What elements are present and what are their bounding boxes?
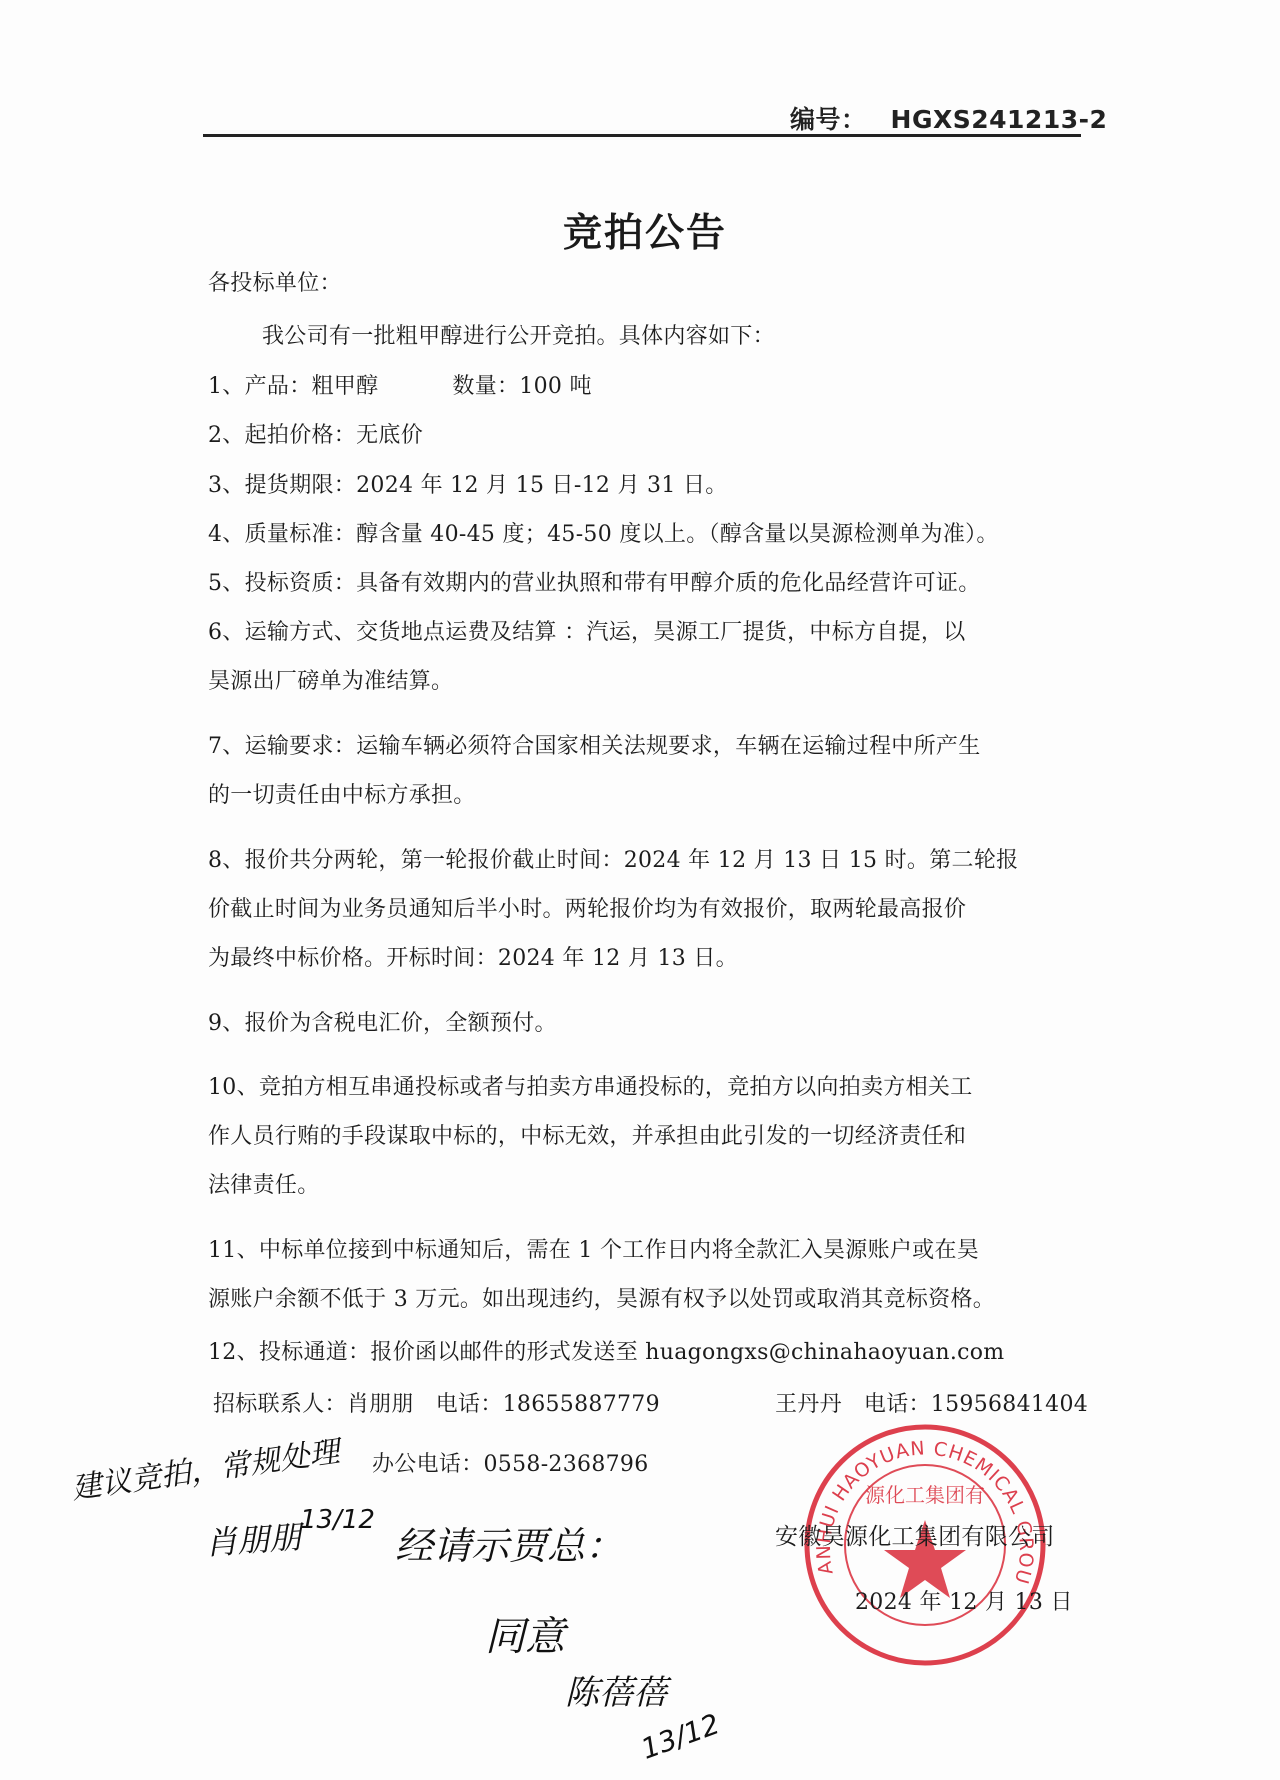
handwritten-signer-2-date: 13/12 [637, 1707, 724, 1766]
item-11-line-2: 源账户余额不低于 3 万元。如出现违约，昊源有权予以处罚或取消其竞标资格。 [208, 1282, 995, 1313]
item-2: 2、起拍价格：无底价 [208, 418, 423, 449]
document-number: 编号：HGXS241213-2 [790, 100, 1107, 136]
handwritten-note-1: 建议竞拍，常规处理 [68, 1426, 341, 1507]
item-10-line-1: 10、竞拍方相互串通投标或者与拍卖方串通投标的，竞拍方以向拍卖方相关工 [208, 1070, 973, 1101]
contact-2: 王丹丹电话：15956841404 [775, 1387, 1088, 1418]
document-number-label: 编号： [790, 105, 867, 134]
handwritten-signer-1-date: 13/12 [300, 1505, 375, 1535]
handwritten-signer-1: 肖朋朋 [204, 1512, 303, 1565]
item-9: 9、报价为含税电汇价，全额预付。 [208, 1006, 557, 1037]
intro-paragraph: 我公司有一批粗甲醇进行公开竞拍。具体内容如下： [262, 319, 775, 350]
document-number-value: HGXS241213-2 [891, 105, 1108, 134]
office-phone: 办公电话：0558-2368796 [372, 1447, 649, 1478]
contacts-line: 招标联系人：肖朋朋电话：18655887779 [213, 1387, 660, 1418]
item-7-line-2: 的一切责任由中标方承担。 [208, 778, 476, 809]
svg-text:源化工集团有: 源化工集团有 [865, 1483, 985, 1507]
item-7-line-1: 7、运输要求：运输车辆必须符合国家相关法规要求，车辆在运输过程中所产生 [208, 729, 981, 760]
item-10-line-3: 法律责任。 [208, 1168, 320, 1199]
item-1-product: 1、产品：粗甲醇 [208, 374, 378, 399]
header-rule [203, 134, 1081, 137]
page-title: 竞拍公告 [0, 202, 1280, 258]
item-8-line-2: 价截止时间为业务员通知后半小时。两轮报价均为有效报价，取两轮最高报价 [208, 892, 966, 923]
handwritten-approval: 同意 [485, 1605, 565, 1662]
item-1: 1、产品：粗甲醇数量：100 吨 [208, 369, 592, 400]
item-8-line-3: 为最终中标价格。开标时间：2024 年 12 月 13 日。 [208, 941, 738, 972]
item-12: 12、投标通道：报价函以邮件的形式发送至 huagongxs@chinahaoy… [208, 1335, 1004, 1366]
item-1-quantity: 数量：100 吨 [452, 374, 591, 399]
item-11-line-1: 11、中标单位接到中标通知后，需在 1 个工作日内将全款汇入昊源账户或在昊 [208, 1233, 979, 1264]
handwritten-signer-2: 陈蓓蓓 [565, 1665, 667, 1714]
contacts-label: 招标联系人： [213, 1392, 347, 1417]
signature-date: 2024 年 12 月 13 日 [855, 1585, 1073, 1616]
contact-2-name: 王丹丹 [775, 1392, 842, 1417]
company-name: 安徽昊源化工集团有限公司 [775, 1518, 1055, 1551]
document-page: 编号：HGXS241213-2 竞拍公告 各投标单位： 我公司有一批粗甲醇进行公… [0, 0, 1280, 1780]
item-6-line-1: 6、运输方式、交货地点运费及结算 ：汽运，昊源工厂提货，中标方自提，以 [208, 615, 966, 646]
item-8-line-1: 8、报价共分两轮，第一轮报价截止时间：2024 年 12 月 13 日 15 时… [208, 843, 1018, 874]
item-10-line-2: 作人员行贿的手段谋取中标的，中标无效，并承担由此引发的一切经济责任和 [208, 1119, 966, 1150]
handwritten-note-2: 经请示贾总： [395, 1515, 623, 1570]
item-6-line-2: 昊源出厂磅单为准结算。 [208, 664, 453, 695]
contact-2-phone: 电话：15956841404 [864, 1392, 1088, 1417]
contact-1-name: 肖朋朋 [347, 1392, 414, 1417]
salutation: 各投标单位： [208, 266, 342, 297]
item-3: 3、提货期限：2024 年 12 月 15 日-12 月 31 日。 [208, 468, 728, 499]
item-5: 5、投标资质：具备有效期内的营业执照和带有甲醇介质的危化品经营许可证。 [208, 566, 981, 597]
item-4: 4、质量标准：醇含量 40-45 度；45-50 度以上。（醇含量以昊源检测单为… [208, 517, 999, 548]
contact-1-phone: 电话：18655887779 [436, 1392, 660, 1417]
